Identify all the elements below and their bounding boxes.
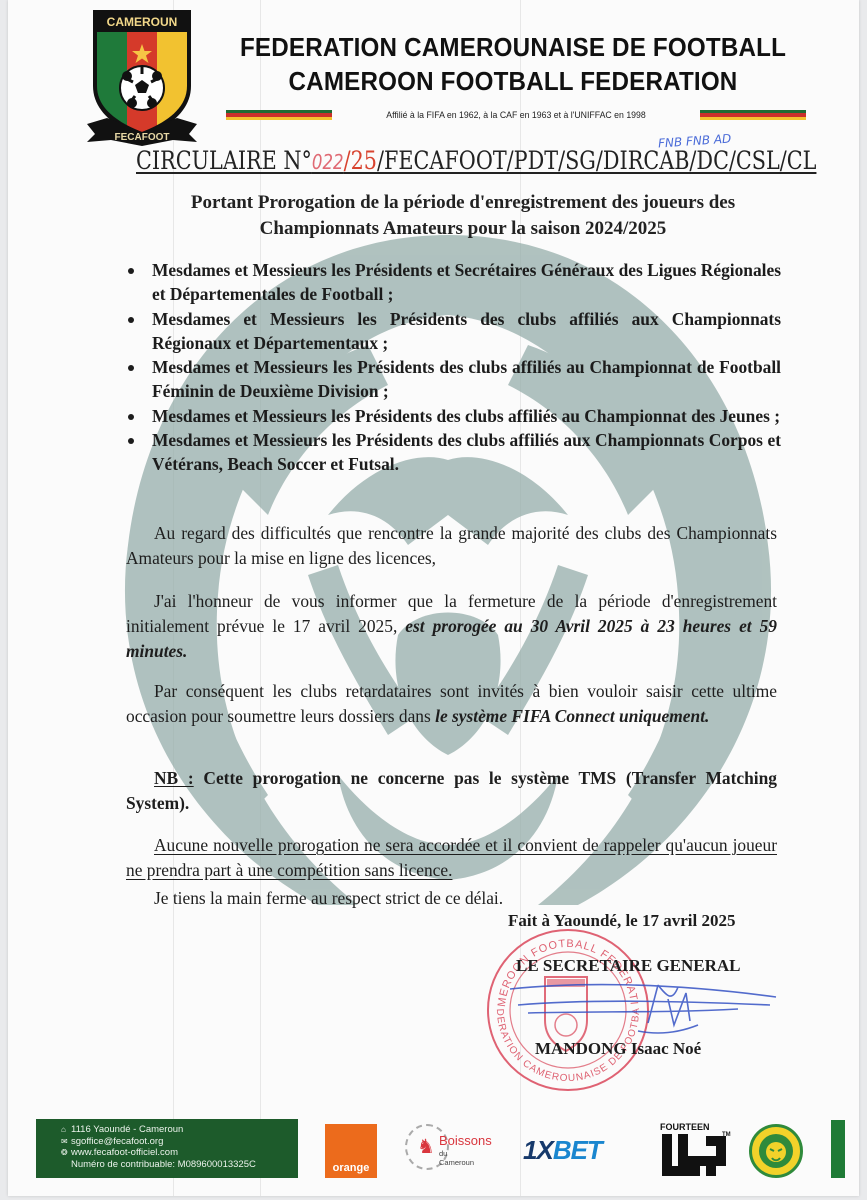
circular-reference-path: /FECAFOOT/PDT/SG/DIRCAB/DC/CSL/CL	[377, 146, 816, 175]
subject-line-2: Championnats Amateurs pour la saison 202…	[118, 216, 808, 242]
subject-line-1: Portant Prorogation de la période d'enre…	[118, 190, 808, 216]
recipient-item: Mesdames et Messieurs les Présidents des…	[126, 307, 781, 356]
football-icon	[120, 66, 164, 110]
paragraph-context: Au regard des difficultés que rencontre …	[126, 521, 777, 571]
signatory-name: MANDONG Isaac Noé	[535, 1039, 701, 1059]
affiliation-text: Affilié à la FIFA en 1962, à la CAF en 1…	[386, 110, 645, 121]
paragraph-warning: Aucune nouvelle prorogation ne sera acco…	[126, 833, 777, 883]
recipient-item: Mesdames et Messieurs les Présidents et …	[126, 258, 781, 307]
footer-email: sgoffice@fecafoot.org	[71, 1136, 163, 1147]
circular-handwritten-number: 022	[312, 150, 344, 174]
federation-name-fr: FEDERATION CAMEROUNAISE DE FOOTBALL	[239, 30, 788, 64]
globe-icon: ❂	[61, 1147, 71, 1159]
subject-heading: Portant Prorogation de la période d'enre…	[118, 190, 808, 242]
circular-prefix: CIRCULAIRE N°	[136, 146, 312, 175]
bullet-icon	[128, 268, 134, 274]
circular-year: /25	[344, 146, 377, 175]
recipient-list: Mesdames et Messieurs les Présidents et …	[126, 258, 781, 477]
paragraph-instruction: Par conséquent les clubs retardataires s…	[126, 679, 777, 729]
recipient-item: Mesdames et Messieurs les Présidents des…	[126, 428, 781, 477]
fecafoot-crest-logo: CAMEROUN FECAFOOT	[83, 6, 201, 146]
recipient-item: Mesdames et Messieurs les Présidents des…	[126, 355, 781, 404]
tricolor-divider-left	[226, 110, 332, 120]
home-icon: ⌂	[61, 1124, 71, 1136]
footer-contact-block: ⌂1116 Yaoundé - Cameroun ✉sgoffice@fecaf…	[36, 1119, 298, 1178]
sponsor-fourteen-logo: FOURTEEN TM	[660, 1122, 732, 1180]
recipient-item: Mesdames et Messieurs les Présidents des…	[126, 404, 781, 428]
fourteen-mark-icon	[660, 1132, 726, 1176]
tricolor-divider-right	[700, 110, 806, 120]
footer-website: www.fecafoot-officiel.com	[71, 1147, 178, 1158]
bullet-icon	[128, 414, 134, 420]
place-and-date: Fait à Yaoundé, le 17 avril 2025	[508, 911, 735, 931]
bullet-icon	[128, 365, 134, 371]
footer-taxpayer-number: Numéro de contribuable: M089600013325C	[71, 1159, 256, 1170]
signatory-title: LE SECRETAIRE GENERAL	[516, 956, 741, 976]
sponsor-boissons-logo: ♞ Boissons du Cameroun	[405, 1122, 483, 1174]
fifa-connect-emphasis: le système FIFA Connect uniquement.	[435, 706, 709, 726]
crest-ribbon-text: FECAFOOT	[115, 132, 170, 143]
nb-label: NB :	[154, 768, 194, 788]
affiliation-row: Affilié à la FIFA en 1962, à la CAF en 1…	[226, 108, 806, 122]
sponsor-1xbet-logo: 1XBET	[523, 1135, 602, 1166]
circular-reference: CIRCULAIRE N°022/25/FECAFOOT/PDT/SG/DIRC…	[136, 146, 816, 177]
lion-head-icon	[756, 1131, 796, 1171]
lion-icon: ♞	[417, 1134, 435, 1158]
bullet-icon	[128, 317, 134, 323]
sponsor-orange-logo: orange	[325, 1124, 377, 1178]
paragraph-extension: J'ai l'honneur de vous informer que la f…	[126, 589, 777, 664]
federation-title: FEDERATION CAMEROUNAISE DE FOOTBALL CAME…	[239, 30, 788, 98]
circular-document: CAMEROUN FECAFOOT FEDERATION CAMEROUNAIS…	[8, 0, 859, 1196]
paragraph-closing: Je tiens la main ferme au respect strict…	[126, 886, 777, 911]
envelope-icon: ✉	[61, 1136, 71, 1148]
handwritten-signature	[508, 975, 778, 1045]
lions-indomptables-logo	[749, 1124, 803, 1178]
footer-address: 1116 Yaoundé - Cameroun	[71, 1124, 183, 1135]
crest-top-text: CAMEROUN	[107, 15, 178, 29]
federation-name-en: CAMEROON FOOTBALL FEDERATION	[239, 64, 788, 98]
paragraph-nb: NB : Cette prorogation ne concerne pas l…	[126, 766, 777, 816]
bullet-icon	[128, 438, 134, 444]
edge-green-strip	[831, 1120, 845, 1178]
